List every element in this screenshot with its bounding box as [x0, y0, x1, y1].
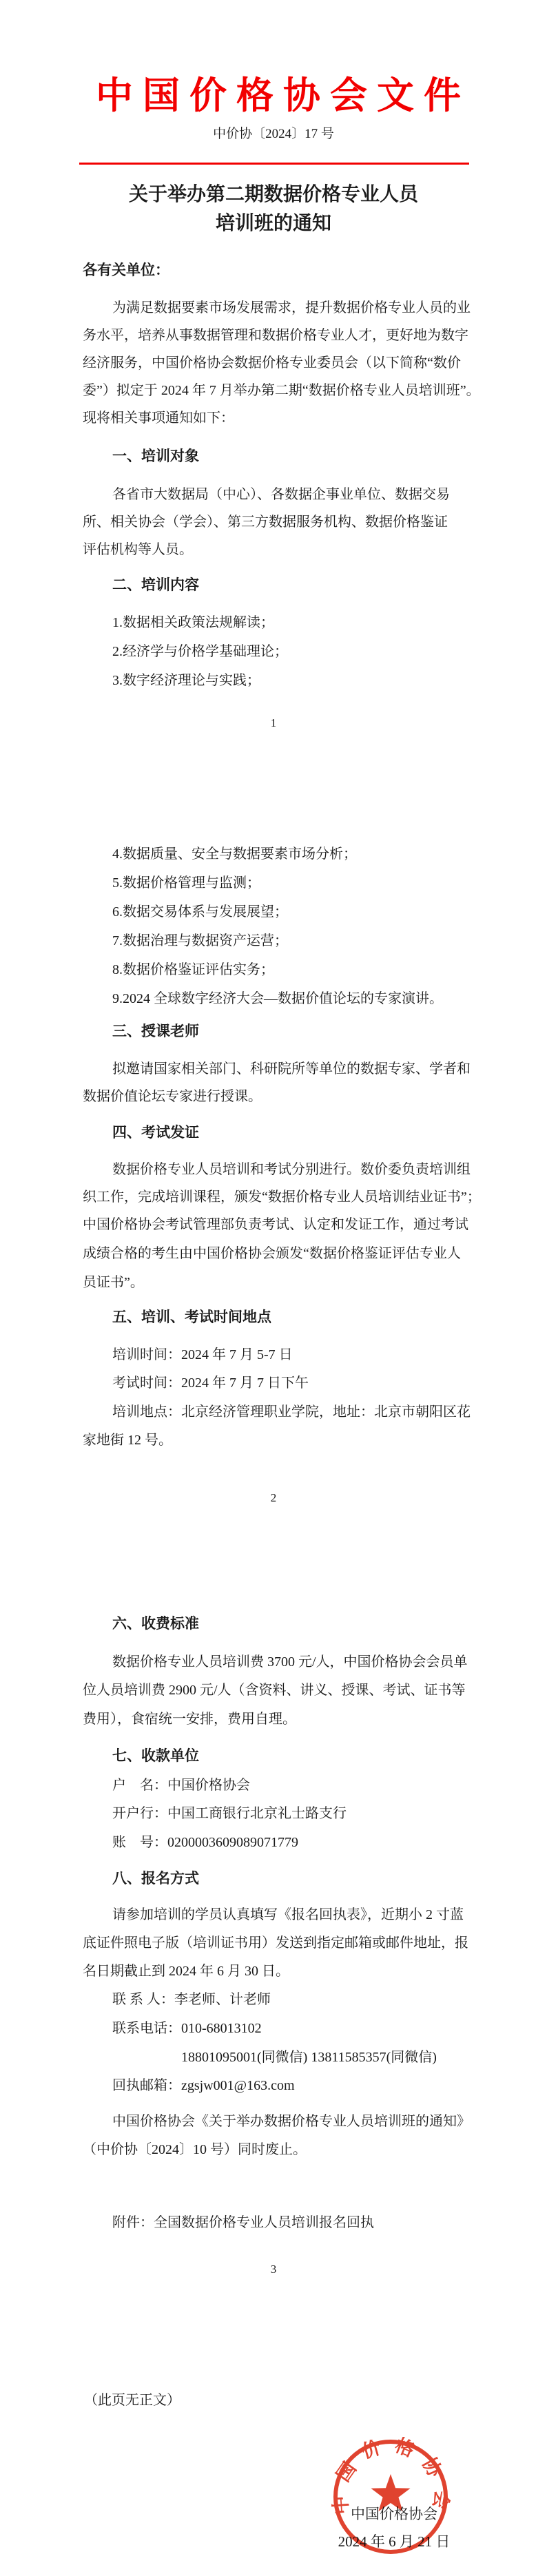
section4-line: 数据价格专业人员培训和考试分别进行。数价委负责培训组 [112, 1156, 471, 1183]
content-item-2: 2.经济学与价格学基础理论； [112, 638, 288, 665]
training-place-line: 家地街 12 号。 [83, 1426, 172, 1454]
section4-line: 中国价格协会考试管理部负责考试、认定和发证工作，通过考试 [83, 1211, 468, 1238]
section3-line: 数据价值论坛专家进行授课。 [83, 1083, 262, 1110]
section1-line: 评估机构等人员。 [83, 536, 193, 563]
section-heading-3: 三、授课老师 [112, 1018, 199, 1046]
contact-person: 联 系 人：李老师、计老师 [112, 1986, 271, 2013]
training-place-line: 培训地点：北京经济管理职业学院，地址：北京市朝阳区花 [112, 1398, 471, 1426]
account-name: 户 名：中国价格协会 [112, 1772, 250, 1799]
content-item-3: 3.数字经济理论与实践； [112, 667, 260, 694]
account-number: 账 号：0200003609089071779 [112, 1829, 298, 1856]
intro-line: 委”）拟定于 2024 年 7 月举办第二期“数据价格专业人员培训班”。 [83, 377, 480, 404]
doc-title-line1: 关于举办第二期数据价格专业人员 [0, 180, 547, 209]
section6-line: 数据价格专业人员培训费 3700 元/人，中国价格协会会员单 [112, 1648, 468, 1676]
section8-line: 底证件照电子版（培训证书用）发送到指定邮箱或邮件地址，报 [83, 1929, 468, 1957]
section-heading-6: 六、收费标准 [112, 1610, 199, 1638]
section-heading-7: 七、收款单位 [112, 1743, 199, 1770]
section4-line: 成绩合格的考生由中国价格协会颁发“数据价格鉴证评估专业人 [83, 1240, 461, 1267]
section4-line: 织工作，完成培训课程，颁发“数据价格专业人员培训结业证书”； [83, 1183, 481, 1211]
official-red-seal: 中国价格协会 [331, 2437, 451, 2557]
reply-email: 回执邮箱：zgsjw001@163.com [112, 2072, 295, 2099]
section-heading-8: 八、报名方式 [112, 1865, 199, 1893]
section1-line: 所、相关协会（学会）、第三方数据服务机构、数据价格鉴证 [83, 508, 448, 536]
section-heading-4: 四、考试发证 [112, 1119, 199, 1147]
bank-name: 开户行：中国工商银行北京礼士路支行 [112, 1800, 347, 1827]
content-item-9: 9.2024 全球数字经济大会—数据价值论坛的专家演讲。 [112, 985, 443, 1012]
section-heading-1: 一、培训对象 [112, 443, 199, 470]
content-item-6: 6.数据交易体系与发展展望； [112, 898, 288, 926]
official-document: 中国价格协会文件 中价协〔2024〕17 号 关于举办第二期数据价格专业人员 培… [0, 0, 547, 2576]
page-number-2: 2 [0, 1484, 547, 1512]
section8-line: 名日期截止到 2024 年 6 月 30 日。 [83, 1957, 289, 1985]
training-time: 培训时间：2024 年 7 月 5-7 日 [112, 1341, 293, 1369]
section8-line: 请参加培训的学员认真填写《报名回执表》，近期小 2 寸蓝 [112, 1901, 464, 1929]
section1-line: 各省市大数据局（中心）、各数据企事业单位、数据交易 [112, 481, 450, 508]
content-item-4: 4.数据质量、安全与数据要素市场分析； [112, 840, 357, 868]
intro-line: 现将相关事项通知如下： [83, 404, 234, 432]
contact-phone-2: 18801095001(同微信) 13811585357(同微信) [181, 2044, 437, 2071]
section4-line: 员证书”。 [83, 1269, 144, 1296]
content-item-7: 7.数据治理与数据资产运营； [112, 927, 288, 955]
section3-line: 拟邀请国家相关部门、科研院所等单位的数据专家、学者和 [112, 1055, 471, 1083]
section-heading-5: 五、培训、考试时间地点 [112, 1304, 271, 1331]
section-heading-2: 二、培训内容 [112, 572, 199, 599]
page-number-1: 1 [0, 709, 547, 737]
salutation: 各有关单位： [83, 257, 169, 284]
no-body-text-note: （此页无正文） [84, 2387, 180, 2414]
intro-line: 经济服务，中国价格协会数据价格专业委员会（以下简称“数价 [83, 349, 461, 377]
document-number: 中价协〔2024〕17 号 [0, 126, 547, 143]
intro-line: 务水平，培养从事数据管理和数据价格专业人才，更好地为数字 [83, 322, 468, 349]
doc-title-line2: 培训班的通知 [0, 209, 547, 238]
attachment-note: 附件：全国数据价格专业人员培训报名回执 [112, 2209, 374, 2236]
contact-phone: 联系电话：010-68013102 [112, 2015, 262, 2042]
page-number-3: 3 [0, 2256, 547, 2283]
seal-star-icon [371, 2474, 410, 2511]
content-item-5: 5.数据价格管理与监测； [112, 869, 260, 897]
section6-line: 位人员培训费 2900 元/人（含资料、讲义、授课、考试、证书等 [83, 1676, 466, 1704]
repeal-line: 中国价格协会《关于举办数据价格专业人员培训班的通知》 [112, 2108, 471, 2135]
content-item-8: 8.数据价格鉴证评估实务； [112, 956, 274, 984]
repeal-line: （中价协〔2024〕10 号）同时废止。 [83, 2136, 307, 2163]
red-separator-line [79, 163, 469, 165]
section6-line: 费用），食宿统一安排，费用自理。 [83, 1705, 296, 1733]
content-item-1: 1.数据相关政策法规解读； [112, 609, 274, 636]
intro-line: 为满足数据要素市场发展需求，提升数据价格专业人员的业 [112, 294, 471, 322]
exam-time: 考试时间：2024 年 7 月 7 日下午 [112, 1369, 309, 1397]
org-banner: 中国价格协会文件 [0, 73, 547, 118]
